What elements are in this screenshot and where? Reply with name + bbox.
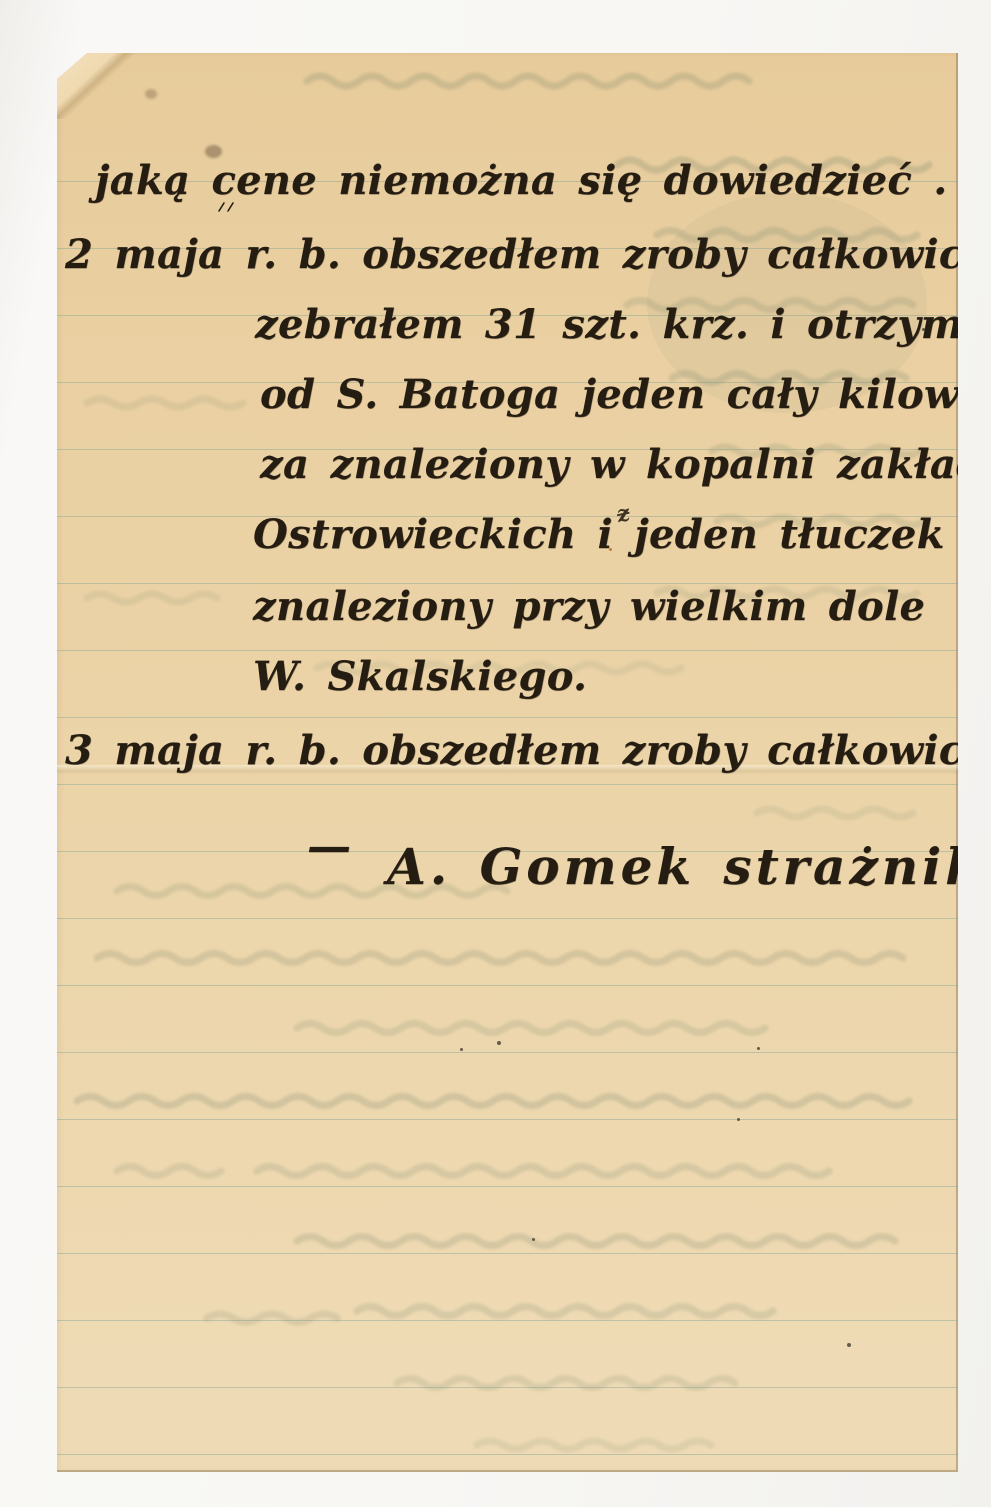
bleed-squiggle [307, 76, 749, 86]
ink-speck [609, 548, 612, 551]
handwritten-line-5: za znaleziony w kopalni zakładów [260, 443, 958, 487]
bleed-squiggle [117, 1167, 221, 1176]
ink-speck [737, 1118, 740, 1121]
bleed-squiggle [397, 1379, 735, 1388]
bleed-squiggle [757, 809, 913, 817]
bleed-squiggle [87, 594, 217, 602]
handwritten-line-6: Ostrowieckich i jeden tłuczek krz. [253, 513, 958, 557]
handwritten-line-4: od S. Batoga jeden cały kilow z gła- [260, 373, 958, 417]
letter-page: jaką cene niemożna się dowiedzieć . 2 ma… [57, 53, 958, 1472]
bleed-squiggle [87, 399, 243, 407]
signature-name: A. Gomek strażnik [387, 839, 958, 894]
bleed-squiggle [357, 1307, 773, 1316]
handwritten-line-8: W. Skalskiego. [253, 655, 587, 699]
corner-fold [57, 53, 137, 119]
ink-speck [532, 1238, 535, 1241]
scan-background: jaką cene niemożna się dowiedzieć . 2 ma… [0, 0, 991, 1507]
ink-speck [460, 1048, 463, 1051]
bleed-squiggle [257, 1167, 829, 1176]
bleed-squiggle [207, 1314, 337, 1322]
handwritten-line-1: jaką cene niemożna się dowiedzieć . [95, 159, 947, 203]
ink-speck [757, 1047, 760, 1050]
insertion-mark [219, 203, 233, 211]
ink-smudge [145, 89, 157, 99]
bleed-squiggle [297, 1237, 895, 1246]
ink-speck [847, 1343, 851, 1347]
bleed-squiggle [77, 1097, 909, 1106]
signature-dash: — [307, 823, 351, 871]
bleed-squiggle [477, 1441, 711, 1449]
bleed-squiggle [97, 954, 903, 963]
handwritten-line-9: 3 maja r. b. obszedłem zroby całkowicie … [65, 729, 958, 773]
bleed-squiggle [297, 1024, 765, 1033]
ink-speck [922, 328, 925, 331]
handwritten-line-2: 2 maja r. b. obszedłem zroby całkowicie … [65, 233, 958, 277]
handwritten-line-7: znaleziony przy wielkim dole [253, 585, 925, 629]
ink-speck [497, 1041, 501, 1045]
handwritten-line-3: zebrałem 31 szt. krz. i otrzymałem [255, 303, 958, 347]
